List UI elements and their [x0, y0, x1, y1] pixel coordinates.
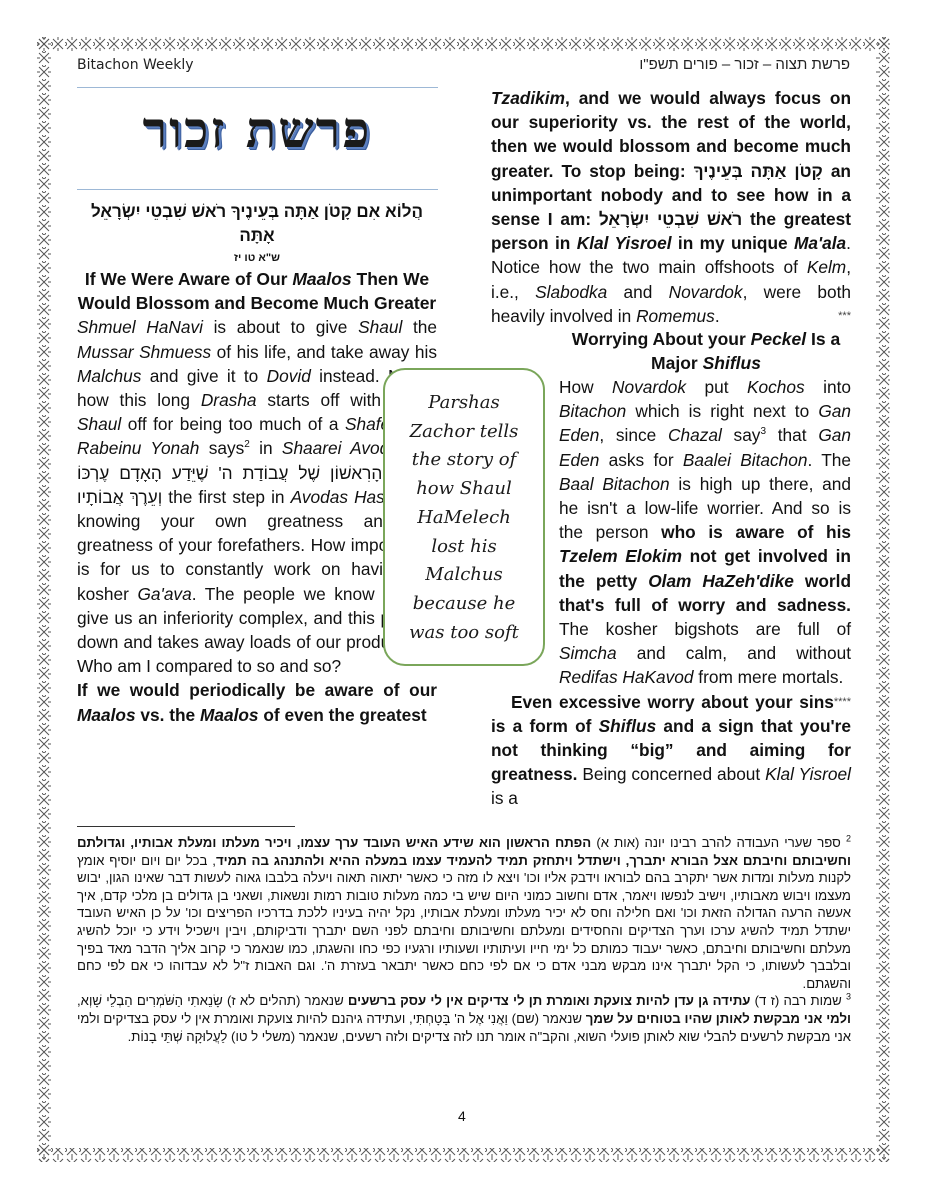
paragraph-novardok: How Novardok put Kochos into Bitachon wh… [491, 375, 851, 690]
footnote-3: 3 שמות רבה (ז ד) עתידה גן עדן להיות צועק… [77, 992, 851, 1045]
paragraph-sins: Even excessive worry about your sins is … [491, 690, 851, 811]
title-rule-top [77, 87, 438, 88]
page-title: פרשת זכור [77, 100, 437, 159]
header-publication-name: Bitachon Weekly [77, 57, 194, 73]
pasuk-verse: הֲלוֹא אִם קָטֹן אַתָּה בְּעֵינֶיךָ רֹאש… [77, 200, 437, 248]
section-divider-stars: **** [834, 690, 851, 714]
header-parsha-date: פרשת תצוה – זכור – פורים תשפ"ו [639, 56, 850, 73]
section-headline: Worrying About your Peckel Is a Major Sh… [561, 328, 851, 375]
page-number: 4 [458, 1108, 466, 1124]
section-divider-stars: *** [838, 304, 851, 328]
pasuk-citation: ש"א טו יז [77, 248, 437, 268]
footnotes: 2 ספר שערי העבודה להרב רבינו יונה (אות א… [77, 834, 851, 1045]
footnote-separator [77, 826, 295, 827]
right-column: Tzadikim, and we would always focus on o… [491, 86, 851, 811]
title-rule-bottom [77, 189, 438, 190]
footnote-2: 2 ספר שערי העבודה להרב רבינו יונה (אות א… [77, 834, 851, 992]
article-headline: If We Were Aware of Our Maalos Then We W… [77, 268, 437, 315]
paragraph-continued: Tzadikim, and we would always focus on o… [491, 86, 851, 328]
paragraph-bold-lead: If we would periodically be aware of our… [77, 678, 437, 726]
